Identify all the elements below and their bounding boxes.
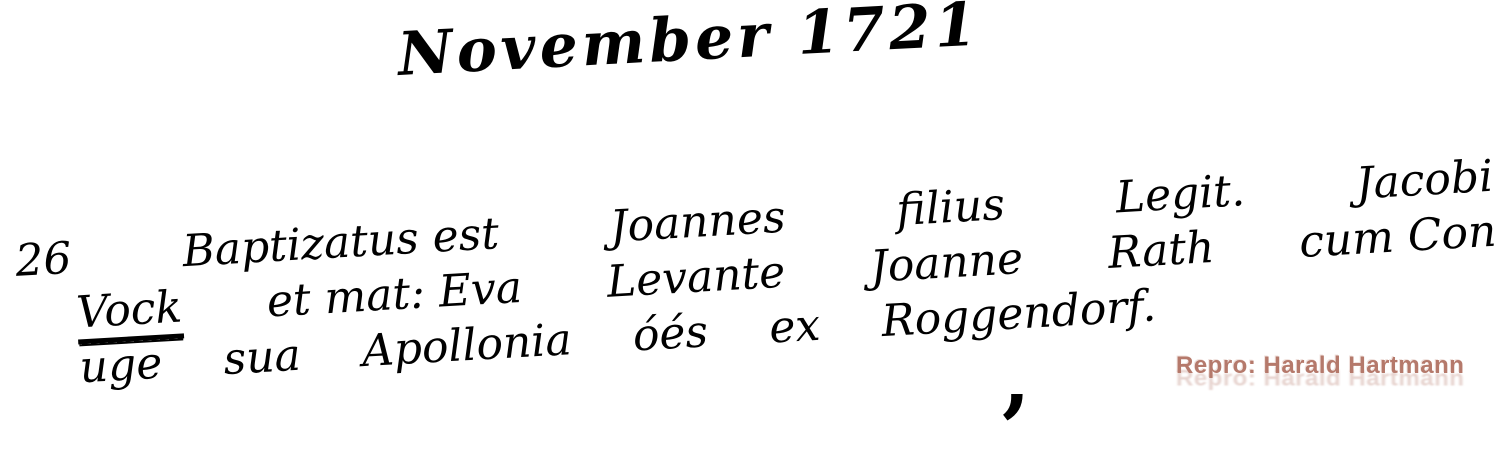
entry-month-year-heading: November 1721	[396, 0, 982, 90]
ink-blot: ,	[1002, 338, 1031, 420]
day-number: 26	[14, 233, 73, 287]
repro-watermark: Repro: Harald Hartmann Repro: Harald Har…	[1176, 352, 1500, 408]
repro-watermark-reflection: Repro: Harald Hartmann	[1176, 366, 1464, 392]
handwritten-word: uge	[78, 338, 163, 394]
handwritten-word: Levante	[606, 247, 787, 308]
spouse-name: Apollonia	[361, 314, 573, 377]
handwritten-word: Legit.	[1114, 165, 1246, 223]
handwritten-word: cum Con	[1298, 206, 1498, 268]
handwritten-word: ex	[768, 300, 822, 354]
scanned-register-page: November 1721 26 Baptizatus est Joannes …	[0, 0, 1500, 458]
surname-underlined: Vock	[75, 281, 184, 344]
handwritten-word: óés	[631, 306, 709, 361]
child-name: Joannes	[608, 192, 786, 253]
handwritten-word: sua	[222, 330, 302, 385]
handwritten-word: filius	[895, 179, 1006, 236]
father-name: Jacobi	[1354, 151, 1494, 210]
godparent-name: Joanne	[869, 233, 1025, 293]
godparent-surname: Rath	[1107, 222, 1216, 279]
